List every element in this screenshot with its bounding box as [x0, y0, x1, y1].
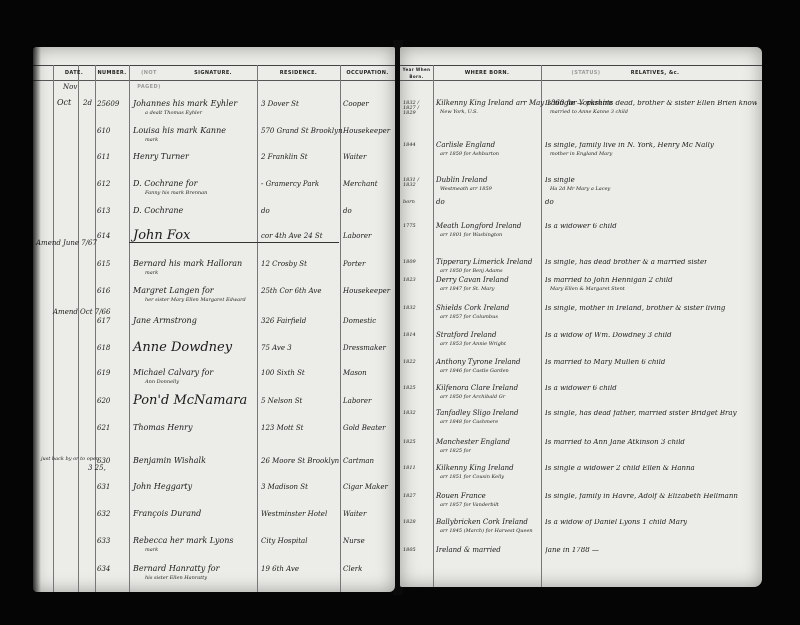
entry-number: 615 [97, 261, 110, 268]
signature: Bernard his mark Halloran [133, 260, 242, 268]
entry-number: 630 [97, 458, 110, 465]
occupation: Waiter [343, 154, 366, 161]
signature-note: his sister Ellen Hanratty [145, 576, 207, 581]
occupation: Gold Beater [343, 425, 386, 432]
relatives: Is single, family in Havre, Adolf & Eliz… [545, 493, 738, 500]
residence: 75 Ave 3 [261, 345, 292, 352]
year-born: 1809 [403, 260, 433, 265]
where-born: Carlisle England [436, 142, 495, 149]
where-born-detail: arr 1848 for Cashmere [440, 420, 498, 425]
where-born-detail: arr 1845 (March) for Harvest Queen [440, 529, 533, 534]
header-relatives: RELATIVES, &c. [600, 66, 710, 80]
relatives: Is single, mother in Ireland, brother & … [545, 305, 725, 312]
residence: 25th Cor 6th Ave [261, 288, 321, 295]
signature: François Durand [133, 510, 201, 518]
entry-number: 611 [97, 154, 110, 161]
year-born: 1825 [403, 386, 433, 391]
header-rule-bottom [400, 80, 762, 81]
relatives: Is a widower 6 child [545, 223, 617, 230]
column-divider [433, 65, 434, 587]
entry-number: 616 [97, 288, 110, 295]
signature: Margret Langen for [133, 287, 214, 295]
year-born: 1823 [403, 278, 433, 283]
where-born-detail: arr 1857 for Vanderbilt [440, 503, 499, 508]
margin-note: Amend Oct 7/66 [53, 309, 110, 316]
where-born-detail: Westmeath arr 1859 [440, 187, 492, 192]
entry-number: 613 [97, 208, 110, 215]
signature-note: her sister Mary Ellen Margaret Edward [145, 298, 246, 303]
occupation: Dressmaker [343, 345, 386, 352]
column-divider [340, 65, 341, 592]
page-edge-shadow [33, 47, 41, 592]
header-residence: RESIDENCE. [257, 66, 340, 80]
column-divider [78, 65, 79, 592]
where-born: Tanfadley Sligo Ireland [436, 410, 518, 417]
column-divider [129, 65, 130, 592]
column-divider [95, 65, 96, 592]
signature: Rebecca her mark Lyons [133, 537, 233, 545]
residence: 2 Franklin St [261, 154, 308, 161]
relatives: Is married to Mary Mullen 6 child [545, 359, 665, 366]
header-occupation: OCCUPATION. [340, 66, 395, 80]
where-born: Stratford Ireland [436, 332, 496, 339]
signature: Benjamin Wishalk [133, 457, 206, 465]
residence: City Hospital [261, 538, 307, 545]
residence: 123 Mott St [261, 425, 303, 432]
where-born: Ballybricken Cork Ireland [436, 519, 528, 526]
where-born-detail: arr 1846 for Castle Garden [440, 369, 509, 374]
occupation: Clerk [343, 566, 362, 573]
year-born: 1832 [403, 306, 433, 311]
signature-note: mark [145, 138, 158, 143]
residence: do [261, 208, 270, 215]
occupation: Housekeeper [343, 128, 390, 135]
where-born: Anthony Tyrone Ireland [436, 359, 521, 366]
left-page: DATE. NUMBER. (NOT PAGED) SIGNATURE. RES… [33, 47, 395, 592]
residence: 3 Madison St [261, 484, 308, 491]
header-year-born: Year When Born. [400, 66, 433, 80]
where-born-detail: arr 1850 for Archibald Gr [440, 395, 505, 400]
relatives: do [545, 199, 554, 206]
residence: Westminster Hotel [261, 511, 327, 518]
entry-number: 614 [97, 233, 110, 240]
occupation: Merchant [343, 181, 378, 188]
year-born: 1775 [403, 224, 433, 229]
date-month: Oct [57, 99, 71, 107]
occupation: Cartman [343, 458, 374, 465]
signature: Johannes his mark Eyhler [133, 100, 237, 108]
occupation: Porter [343, 261, 365, 268]
entry-number: 619 [97, 370, 110, 377]
year-born: 1831 / 1832 [403, 178, 433, 188]
where-born: Dublin Ireland [436, 177, 487, 184]
occupation: Cigar Maker [343, 484, 388, 491]
occupation: Mason [343, 370, 367, 377]
column-divider [257, 65, 258, 592]
year-born: 1828 [403, 520, 433, 525]
residence: 26 Moore St Brooklyn [261, 458, 339, 465]
where-born: do [436, 199, 445, 206]
margin-note: Amend June 7/67 [36, 240, 97, 247]
entry-number: 25609 [97, 101, 119, 108]
margin-note: 3 25, [88, 465, 106, 472]
signature: Henry Turner [133, 153, 189, 161]
signature-note: Fanny his mark Brennan [145, 191, 207, 196]
signature: Louisa his mark Kanne [133, 127, 226, 135]
residence: - Gramercy Park [261, 181, 319, 188]
where-born-detail: arr 1853 for Annie Wright [440, 342, 506, 347]
entry-number: 632 [97, 511, 110, 518]
occupation: Laborer [343, 398, 371, 405]
where-born: Ireland & married [436, 547, 501, 554]
date-day: 2d [83, 100, 92, 107]
year-born: born [403, 200, 433, 205]
year-born: 1844 [403, 143, 433, 148]
where-born-detail: arr 1850 for Benj Adams [440, 269, 503, 274]
signature: D. Cochrane for [133, 180, 197, 188]
residence: 12 Crosby St [261, 261, 307, 268]
year-born: 1832 [403, 411, 433, 416]
relatives: Is single, has dead father, married sist… [545, 410, 737, 417]
where-born: Derry Cavan Ireland [436, 277, 509, 284]
residence: 326 Fairfield [261, 318, 306, 325]
relatives: Is single — parents dead, brother & sist… [545, 100, 757, 107]
column-divider [541, 65, 542, 587]
signature: Thomas Henry [133, 424, 193, 432]
signature-note: mark [145, 548, 158, 553]
relatives: Is a widow of Daniel Lyons 1 child Mary [545, 519, 687, 526]
relatives: Is married to Ann Jane Atkinson 3 child [545, 439, 685, 446]
residence: 5 Nelson St [261, 398, 302, 405]
where-born-detail: New York, U.S. [440, 110, 478, 115]
relatives-detail: Mary Ellen & Margaret Stent [550, 287, 625, 292]
occupation: do [343, 208, 352, 215]
year-born: 1832 / 1827 / 1829 [403, 101, 433, 116]
header-signature: SIGNATURE. [169, 66, 257, 80]
relatives: Is a widower 6 child [545, 385, 617, 392]
where-born: Meath Longford Ireland [436, 223, 521, 230]
relatives: Is married to John Hennigan 2 child [545, 277, 673, 284]
entry-number: 633 [97, 538, 110, 545]
occupation: Cooper [343, 101, 369, 108]
ledger-scan: DATE. NUMBER. (NOT PAGED) SIGNATURE. RES… [0, 0, 800, 625]
relatives-detail: Ha 2d Mr Mary a Lacey [550, 187, 610, 192]
relatives: Is a widow of Wm. Dowdney 3 child [545, 332, 672, 339]
signature: Anne Dowdney [133, 341, 232, 354]
relatives-detail: married to Anne Kanne 3 child [550, 110, 628, 115]
signature: Pon'd McNamara [133, 394, 247, 407]
residence: 100 Sixth St [261, 370, 305, 377]
signature-note: a dealt Thomas Eyhler [145, 111, 202, 116]
right-page: Year When Born. WHERE BORN. (STATUS) REL… [400, 47, 762, 587]
occupation: Nurse [343, 538, 365, 545]
where-born-detail: arr 1847 for St. Mary [440, 287, 494, 292]
residence: 3 Dover St [261, 101, 299, 108]
signature-note: mark [145, 271, 158, 276]
header-date: DATE. [53, 66, 95, 80]
relatives: Is single, has dead brother & a married … [545, 259, 707, 266]
where-born: Shields Cork Ireland [436, 305, 509, 312]
date-header-note: Nov [63, 84, 77, 91]
signature-note: Ann Donnelly [145, 380, 179, 385]
year-born: 1805 [403, 548, 433, 553]
residence: 570 Grand St Brooklyn [261, 128, 343, 135]
occupation: Laborer [343, 233, 371, 240]
entry-number: 634 [97, 566, 110, 573]
occupation: Waiter [343, 511, 366, 518]
occupation: Domestic [343, 318, 376, 325]
signature: D. Cochrane [133, 207, 183, 215]
signature: Bernard Hanratty for [133, 565, 219, 573]
where-born: Kilkenny King Ireland [436, 465, 514, 472]
column-divider [53, 65, 54, 592]
year-born: 1825 [403, 440, 433, 445]
relatives: Is single a widower 2 child Ellen & Hann… [545, 465, 695, 472]
header-where-born: WHERE BORN. [433, 66, 541, 80]
entry-number: 618 [97, 345, 110, 352]
residence: cor 4th Ave 24 St [261, 233, 323, 240]
signature: Jane Armstrong [133, 317, 197, 325]
entry-number: 610 [97, 128, 110, 135]
year-born: 1811 [403, 466, 433, 471]
entry-number: 617 [97, 318, 110, 325]
where-born-detail: arr 1851 for Cousin Kelly [440, 475, 504, 480]
signature: John Heggarty [133, 483, 192, 491]
header-signature-faint: (NOT PAGED) [129, 66, 169, 80]
entry-number: 631 [97, 484, 110, 491]
entry-number: 621 [97, 425, 110, 432]
year-born: 1827 [403, 494, 433, 499]
where-born: Rouen France [436, 493, 486, 500]
where-born-detail: arr 1859 for Ashburton [440, 152, 499, 157]
signature: Michael Calvary for [133, 369, 213, 377]
where-born: Tipperary Limerick Ireland [436, 259, 532, 266]
relatives-detail: mother in England Mary [550, 152, 612, 157]
relatives: Is single [545, 177, 575, 184]
where-born: Manchester England [436, 439, 510, 446]
signature: John Fox [133, 229, 190, 242]
where-born-detail: arr 1801 for Washington [440, 233, 502, 238]
margin-note: just back by or to open [41, 457, 99, 462]
entry-number: 612 [97, 181, 110, 188]
header-number: NUMBER. [95, 66, 129, 80]
where-born-detail: arr 1825 for [440, 449, 471, 454]
year-born: 1822 [403, 360, 433, 365]
where-born: Kilfenora Clare Ireland [436, 385, 518, 392]
year-born: 1814 [403, 333, 433, 338]
where-born-detail: arr 1857 for Columbus [440, 315, 498, 320]
occupation: Housekeeper [343, 288, 390, 295]
relatives: Is single, family live in N. York, Henry… [545, 142, 714, 149]
entry-number: 620 [97, 398, 110, 405]
relatives: Jane in 1788 — [545, 547, 599, 554]
residence: 19 6th Ave [261, 566, 299, 573]
